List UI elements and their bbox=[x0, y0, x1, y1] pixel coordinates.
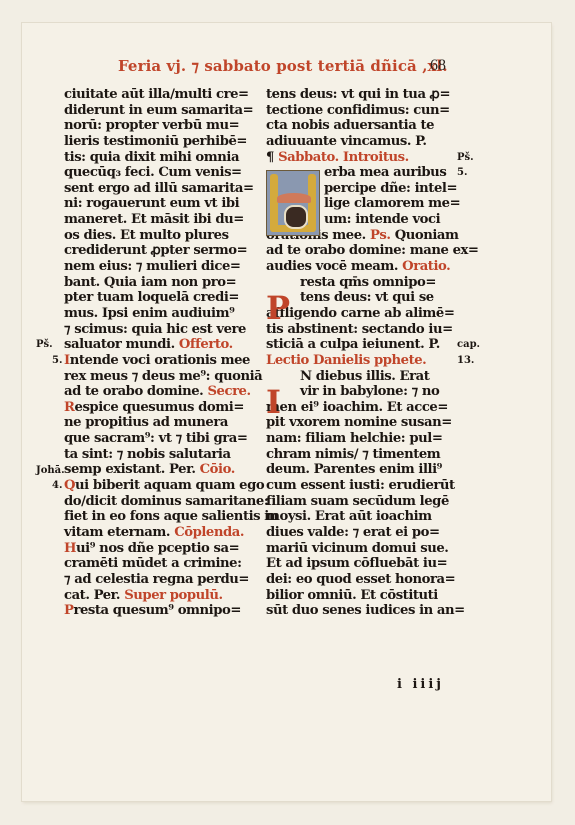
text-line: pit vxorem nomine susan= bbox=[266, 415, 456, 431]
margin-note: Pš. bbox=[36, 339, 53, 350]
illuminated-initial-icon bbox=[266, 170, 320, 236]
text-line: lieris testimoniū perhibē= bbox=[64, 134, 252, 150]
left-column: ciuitate aūt illa/multi cre=diderunt in … bbox=[64, 87, 252, 619]
text-line: quecūq₃ feci. Cum venis= bbox=[64, 165, 252, 181]
text-line: saluator mundi. Offerto. bbox=[64, 337, 252, 353]
text-line: moysi. Erat aūt ioachim bbox=[266, 509, 456, 525]
text-line: ni: rogauerunt eum vt ibi bbox=[64, 196, 252, 212]
text-line: deum. Parentes enim illi⁹ bbox=[266, 462, 456, 478]
text-line: vitam eternam. Cōplenda. bbox=[64, 525, 252, 541]
text-line: cum essent iusti: erudierūt bbox=[266, 478, 456, 494]
text-line: nem eius: ⁊ mulieri dice= bbox=[64, 259, 252, 275]
text-line: vir in babylone: ⁊ no bbox=[266, 384, 456, 400]
text-line: tens deus: vt qui se bbox=[266, 290, 456, 306]
text-line: ad te orabo domine. Secre. bbox=[64, 384, 252, 400]
text-line: Respice quesumus domi= bbox=[64, 400, 252, 416]
rubricated-initial: R bbox=[64, 400, 75, 415]
text-line: ciuitate aūt illa/multi cre= bbox=[64, 87, 252, 103]
text-line: rex meus ⁊ deus me⁹: quoniā bbox=[64, 369, 252, 385]
text-line: pter tuam loquelā credi= bbox=[64, 290, 252, 306]
text-line: diderunt in eum samarita= bbox=[64, 103, 252, 119]
text-line: affligendo carne ab alimē= bbox=[266, 306, 456, 322]
text-line: bant. Quia iam non pro= bbox=[64, 275, 252, 291]
text-line: cramēti mūdet a crimine: bbox=[64, 556, 252, 572]
text-line: tectione confidimus: cun= bbox=[266, 103, 456, 119]
text-line: adiuuante vincamus. P. bbox=[266, 134, 456, 150]
text-line: sūt duo senes iudices in an= bbox=[266, 603, 456, 619]
text-line: diues valde: ⁊ erat ei po= bbox=[266, 525, 456, 541]
text-line: dei: eo quod esset honora= bbox=[266, 572, 456, 588]
text-line: men ei⁹ ioachim. Et acce= bbox=[266, 400, 456, 416]
text-line: fiet in eo fons aque salientis in bbox=[64, 509, 252, 525]
rubric: Cōio. bbox=[196, 462, 235, 477]
text-line: nam: filiam helchie: pul= bbox=[266, 431, 456, 447]
text-line: ⁊ scimus: quia hic est vere bbox=[64, 322, 252, 338]
folio-number: 68 bbox=[430, 57, 446, 75]
rubric: Secre. bbox=[203, 384, 250, 399]
text-line: que sacram⁹: vt ⁊ tibi gra= bbox=[64, 431, 252, 447]
text-line: cta nobis aduersantia te bbox=[266, 118, 456, 134]
initial-i: I bbox=[266, 386, 281, 418]
margin-note: 5. bbox=[52, 355, 62, 366]
rubric: Oratio. bbox=[398, 259, 450, 274]
rubric: Cōplenda. bbox=[170, 525, 244, 540]
right-column: tens deus: vt qui in tua ꝓ=tectione conf… bbox=[266, 87, 456, 619]
text-line: Lectio Danielis pphete. bbox=[266, 353, 456, 369]
text-line: sticiā a culpa ieiunent. P. bbox=[266, 337, 456, 353]
rubricated-initial: Q bbox=[64, 478, 75, 493]
text-line: ne propitius ad munera bbox=[64, 415, 252, 431]
text-line: Et ad ipsum cōfluebāt iu= bbox=[266, 556, 456, 572]
text-line: Hui⁹ nos dñe pceptio sa= bbox=[64, 541, 252, 557]
text-line: audies vocē meam. Oratio. bbox=[266, 259, 456, 275]
margin-note: 4. bbox=[52, 480, 62, 491]
text-line: Qui biberit aquam quam ego bbox=[64, 478, 252, 494]
text-line: ad te orabo domine: mane ex= bbox=[266, 243, 456, 259]
text-line: Intende voci orationis mee bbox=[64, 353, 252, 369]
text-line: cat. Per. Super populū. bbox=[64, 588, 252, 604]
text-line: norū: propter verbū mu= bbox=[64, 118, 252, 134]
rubric: Lectio Danielis pphete. bbox=[266, 353, 426, 368]
text-line: N diebus illis. Erat bbox=[266, 369, 456, 385]
text-line: sent ergo ad illū samarita= bbox=[64, 181, 252, 197]
text-line: chram nimis/ ⁊ timentem bbox=[266, 447, 456, 463]
rubric: Ps. bbox=[366, 228, 391, 243]
text-line: maneret. Et māsit ibi du= bbox=[64, 212, 252, 228]
margin-note: cap. bbox=[457, 339, 480, 350]
margin-note: Johā. bbox=[36, 465, 65, 476]
text-line: tis abstinent: sectando iu= bbox=[266, 322, 456, 338]
text-line: filiam suam secūdum legē bbox=[266, 494, 456, 510]
text-line: mariū vicinum domui sue. bbox=[266, 541, 456, 557]
rubric: Offerto. bbox=[175, 337, 233, 352]
text-line: crediderunt ꝓpter sermo= bbox=[64, 243, 252, 259]
text-line: tens deus: vt qui in tua ꝓ= bbox=[266, 87, 456, 103]
rubric: Sabbato. Introitus. bbox=[274, 150, 409, 165]
signature-mark: i iiij bbox=[397, 677, 444, 692]
text-line: bilior omniū. Et cōstituti bbox=[266, 588, 456, 604]
running-head: Feria vj. ⁊ sabbato post tertiā dñicā ,x… bbox=[118, 57, 458, 81]
text-line: ⁊ ad celestia regna perdu= bbox=[64, 572, 252, 588]
margin-note: 5. bbox=[457, 167, 467, 178]
text-line: tis: quia dixit mihi omnia bbox=[64, 150, 252, 166]
text-line: semp existant. Per. Cōio. bbox=[64, 462, 252, 478]
margin-note: Pš. bbox=[457, 152, 474, 163]
rubric: Super populū. bbox=[120, 588, 223, 603]
text-line: ta sint: ⁊ nobis salutaria bbox=[64, 447, 252, 463]
text-line: do/dicit dominus samaritane: bbox=[64, 494, 252, 510]
text-line: mus. Ipsi enim audiuim⁹ bbox=[64, 306, 252, 322]
text-line: ¶ Sabbato. Introitus. bbox=[266, 150, 456, 166]
text-line: os dies. Et multo plures bbox=[64, 228, 252, 244]
rubricated-initial: H bbox=[64, 541, 76, 556]
text-line: Presta quesum⁹ omnipo= bbox=[64, 603, 252, 619]
initial-p: P bbox=[266, 292, 290, 324]
margin-note: 13. bbox=[457, 355, 474, 366]
text-line: resta qm̄s omnipo= bbox=[266, 275, 456, 291]
